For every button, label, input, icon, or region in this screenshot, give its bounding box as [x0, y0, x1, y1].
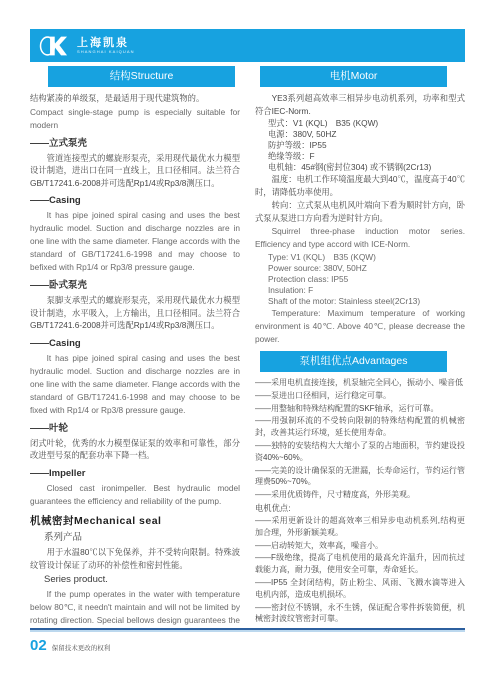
- heading-horizontal-casing-zh: ——卧式泵壳: [30, 279, 240, 292]
- subheading-series-en: Series product.: [30, 574, 240, 586]
- footer-divider: [30, 628, 465, 630]
- paragraph-casing-en-2: It has pipe joined spiral casing and use…: [30, 352, 240, 417]
- heading-mechanical-seal: 机械密封Mechanical seal: [30, 515, 240, 529]
- motor-spec-insulation-zh: 绝缘等级：F: [255, 151, 465, 162]
- motor-spec-type-en: Type: V1 (KQL) B35 (KQW): [255, 252, 465, 263]
- motor-advantage-item: ——启动转矩大，效率高，噪音小。: [255, 540, 465, 552]
- structure-intro-en: Compact single-stage pump is especially …: [30, 106, 240, 132]
- heading-casing-en-2: ——Casing: [30, 337, 240, 350]
- motor-spec-shaft-zh: 电机轴：45#钢(密封位304) 或不锈钢(2Cr13): [255, 162, 465, 173]
- heading-vertical-casing-zh: ——立式泵壳: [30, 137, 240, 150]
- motor-advantage-item: ——IP55 全封闭结构，防止粉尘、风雨、飞溅水滴等进入电机内部，造成电机损坏。: [255, 577, 465, 601]
- motor-advantages-label: 电机优点:: [255, 502, 465, 514]
- motor-temperature-en: Temperature: Maximum temperature of work…: [255, 307, 465, 346]
- motor-spec-power-zh: 电源：380V, 50HZ: [255, 129, 465, 140]
- structure-column: 结构Structure 结构紧凑的单级泵，是最适用于现代建筑物的。 Compac…: [30, 66, 240, 626]
- paragraph-series-en: If the pump operates in the water with t…: [30, 588, 240, 626]
- heading-impeller-en: ——Impeller: [30, 467, 240, 480]
- advantage-item: ——泵进出口径相同，运行稳定可靠。: [255, 390, 465, 402]
- advantage-item: ——采用电机直接连接，机泵轴完全同心，振动小、噪音低: [255, 377, 465, 389]
- brand-header-bar: 上海凯泉 SHANGHAI KAIQUAN: [30, 29, 465, 62]
- footer: 02 保留技术更改的权利: [30, 638, 110, 653]
- section-header-motor: 电机Motor: [260, 66, 447, 87]
- motor-spec-type-zh: 型式：V1 (KQL) B35 (KQW): [255, 118, 465, 129]
- advantage-item: ——采用优质铸件，尺寸精度高，外形美观。: [255, 489, 465, 501]
- advantage-item: ——用强制环流的不受转向限制的特殊结构配置的机械密封，改善其运行环境，延长使用寿…: [255, 415, 465, 439]
- heading-casing-en-1: ——Casing: [30, 194, 240, 207]
- page-number: 02: [30, 638, 47, 653]
- motor-advantage-item: ——采用更新设计的超高效率三相异步电动机系列,结构更加合理，外形新颖美观。: [255, 515, 465, 539]
- subheading-series-zh: 系列产品: [30, 532, 240, 544]
- footer-note: 保留技术更改的权利: [52, 643, 111, 652]
- motor-advantage-item: ——密封位不锈钢，永不生锈，保证配合零件拆装简便，机械密封波纹管密封可靠。: [255, 602, 465, 626]
- motor-spec-protection-en: Protection class: IP55: [255, 274, 465, 285]
- motor-rotation-zh: 转向：立式泵从电机风叶端向下看为顺时针方向，卧式泵从泵进口方向看为逆时针方向。: [255, 199, 465, 224]
- section-header-advantages: 泵机组优点Advantages: [260, 351, 447, 372]
- paragraph-horizontal-casing-zh: 泵脚支承型式的螺旋形泵壳，采用现代最优水力模型设计制造，水平吸入，上方输出，且口…: [30, 294, 240, 332]
- advantage-item: ——用整轴和特殊结构配置的SKF轴承，运行可靠。: [255, 403, 465, 415]
- paragraph-series-zh: 用于水温80℃以下免保养，并不受转向限制。特殊波纹管设计保证了动环的补偿性和密封…: [30, 546, 240, 571]
- motor-spec-shaft-en: Shaft of the motor: Stainless steel(2Cr1…: [255, 296, 465, 307]
- paragraph-impeller-zh: 闭式叶轮，优秀的水力模型保证泵的效率和可靠性，部分改进型号泵的配套功率下降一档。: [30, 437, 240, 462]
- heading-impeller-zh: ——叶轮: [30, 422, 240, 435]
- section-header-structure: 结构Structure: [48, 66, 235, 87]
- motor-spec-insulation-en: Insulation: F: [255, 285, 465, 296]
- motor-temperature-zh: 温度：电机工作环境温度最大到40℃，温度高于40℃时，请降低功率使用。: [255, 173, 465, 198]
- motor-intro-en: Squirrel three-phase induction motor ser…: [255, 225, 465, 251]
- motor-spec-protection-zh: 防护等级：IP55: [255, 140, 465, 151]
- brand-text: 上海凯泉 SHANGHAI KAIQUAN: [77, 37, 135, 55]
- brand-name-en: SHANGHAI KAIQUAN: [77, 49, 135, 55]
- motor-intro-zh: YE3系列超高效率三相异步电动机系列，功率和型式符合IEC-Norm.: [255, 92, 465, 117]
- brand-name-zh: 上海凯泉: [77, 37, 135, 49]
- advantage-item: ——完美的设计确保泵的无泄漏，长寿命运行，节约运行管理费50%~70%。: [255, 465, 465, 489]
- paragraph-impeller-en: Closed cast ironimpeller. Best hydraulic…: [30, 482, 240, 508]
- kaiquan-logo-icon: [39, 34, 73, 58]
- motor-advantage-item: ——F级绝缘，提高了电机使用的最高允许温升，因而抗过载能力高，耐力强，使用安全可…: [255, 552, 465, 576]
- motor-spec-power-en: Power source: 380V, 50HZ: [255, 263, 465, 274]
- catalog-page: 上海凯泉 SHANGHAI KAIQUAN 结构Structure 结构紧凑的单…: [0, 0, 495, 674]
- structure-intro-zh: 结构紧凑的单级泵，是最适用于现代建筑物的。: [30, 92, 240, 105]
- motor-column: 电机Motor YE3系列超高效率三相异步电动机系列，功率和型式符合IEC-No…: [255, 66, 465, 626]
- paragraph-casing-en-1: It has pipe joined spiral casing and use…: [30, 209, 240, 274]
- paragraph-vertical-casing-zh: 管道连接型式的螺旋形泵壳，采用现代最优水力模型设计制造，进出口在同一直线上，且口…: [30, 152, 240, 190]
- advantage-item: ——独特的安装结构大大缩小了泵的占地面积，节约建设投资40%~60%。: [255, 440, 465, 464]
